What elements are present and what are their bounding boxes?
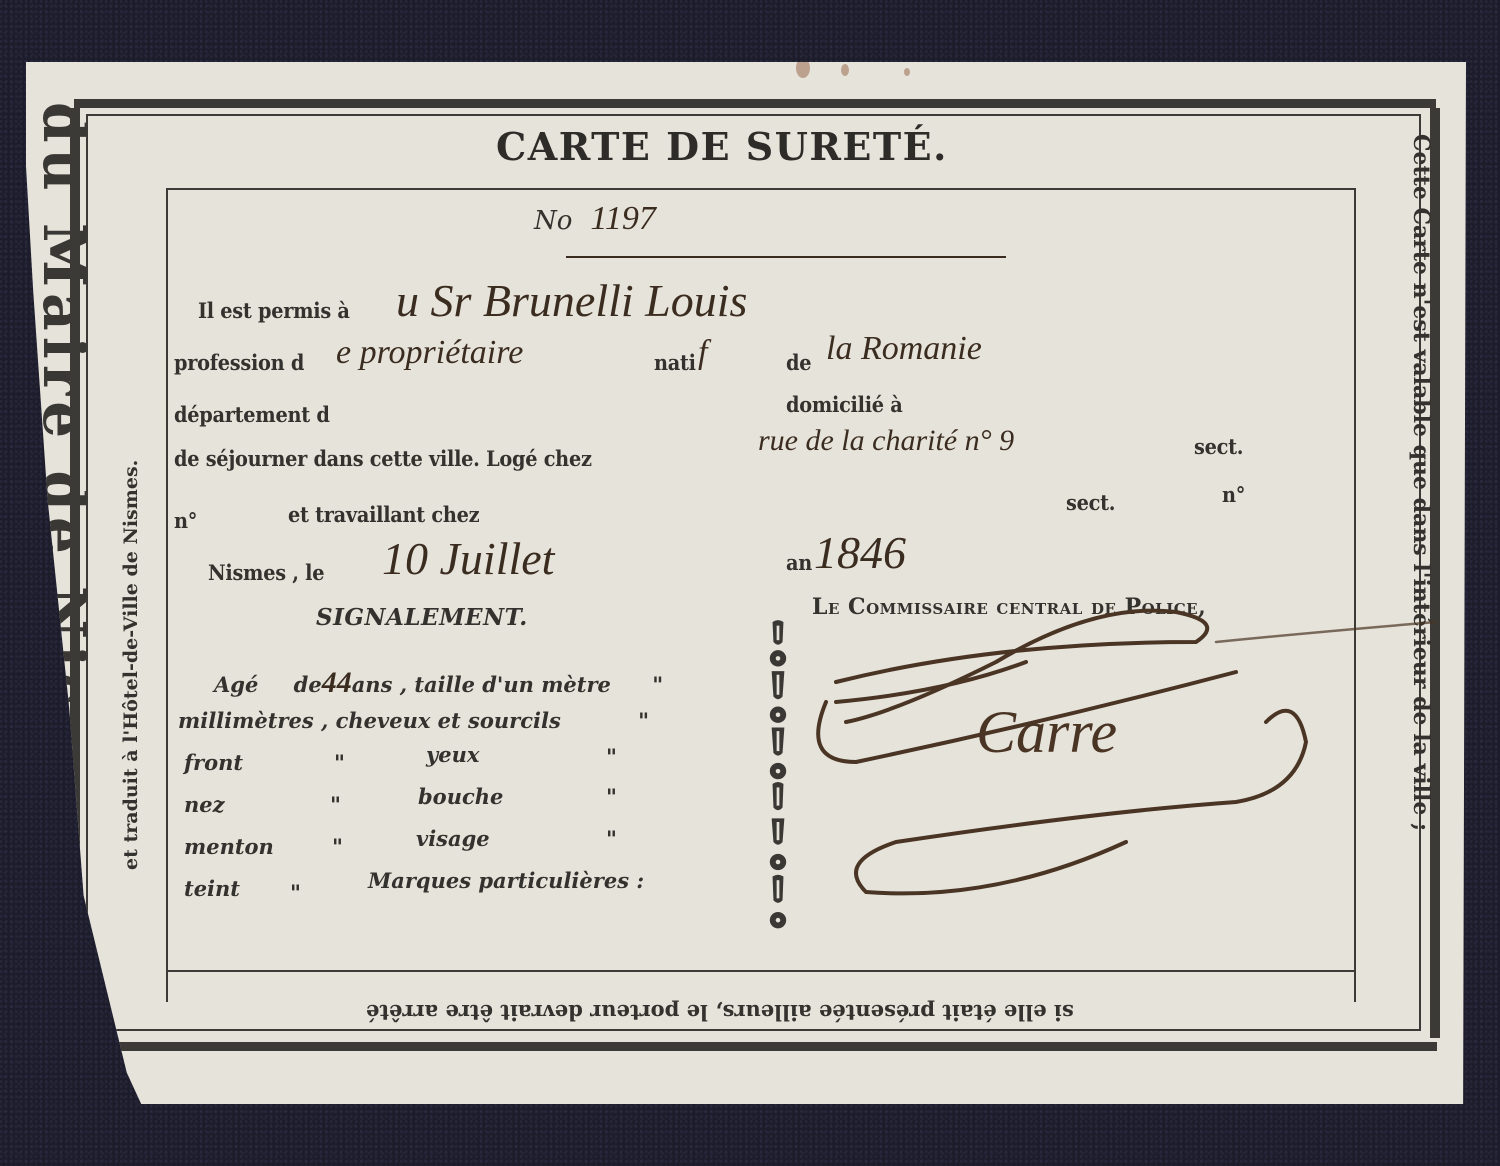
date-value: 10 Juillet [382,532,554,585]
age-de: de [294,672,322,697]
age-label: Agé [214,672,258,697]
natif-label: nati [654,350,696,375]
signature-flourish-icon: Carre [796,602,1456,902]
signature-value: Carre [976,699,1117,765]
no-label-1: n° [174,508,197,533]
loge-value: rue de la charité n° 9 [758,424,1014,458]
age-suffix: ans , taille d'un mètre [352,672,611,697]
profession-label: profession d [174,350,304,375]
profession-value: e propriétaire [336,334,523,372]
ink-stain [796,58,810,78]
signalement-row-bouche: bouche [418,784,503,809]
frame-border-left [70,108,80,1035]
nez-mark: " [330,792,341,817]
front-mark: " [334,750,345,775]
age-row: Agé de44ans , taille d'un mètre " [214,666,663,700]
carte-de-surete-document: du Maire de Nismes CARTE DE SURETÉ. et t… [26,62,1466,1104]
age-mark: " [652,672,663,697]
frame-border-top [74,99,1436,108]
card-number: No 1197 [534,200,656,238]
sect-label-1: sect. [1194,434,1243,459]
signalement-row-marques: Marques particulières : [368,868,644,893]
natif-place-value: la Romanie [826,330,982,368]
no-label-2: n° [1222,482,1245,507]
ink-stain [841,64,849,76]
signalement-row-yeux: yeux [426,742,479,767]
permis-label: Il est permis à [198,298,350,323]
domicilie-label: domicilié à [786,392,902,417]
departement-label: département d [174,402,330,427]
signalement-row-visage: visage [416,826,490,851]
sejourner-label: de séjourner dans cette ville. Logé chez [174,446,592,471]
left-vertical-text: et traduit à l'Hôtel-de-Ville de Nismes. [120,460,142,870]
ornamental-divider-icon [768,602,788,1002]
visage-mark: " [606,826,617,851]
permis-value: u Sr Brunelli Louis [396,274,747,327]
lieu-label: Nismes , le [208,560,324,585]
natif-value: f [698,334,707,372]
signalement-row-teint: teint [184,876,240,901]
frame-border-bottom [102,1042,1437,1051]
menton-mark: " [332,834,343,859]
bouche-mark: " [606,784,617,809]
yeux-mark: " [606,744,617,769]
document-title: CARTE DE SURETÉ. [496,124,948,169]
year-value: 1846 [814,526,906,579]
number-value: 1197 [590,200,655,237]
an-label: an [786,550,812,575]
signalement-row-front: front [184,750,243,775]
signalement-heading: SIGNALEMENT. [316,604,528,631]
sect-label-2: sect. [1066,490,1115,515]
signalement-row-menton: menton [184,834,274,859]
millimetres-label: millimètres , cheveux et sourcils [178,708,561,733]
content-box-bottom-rule [166,970,1356,972]
millimetres-mark: " [638,708,649,733]
teint-mark: " [290,880,301,905]
number-label: No [534,206,572,236]
bottom-upside-down-text: si elle était présentée ailleurs, le por… [366,1000,1074,1025]
millimetres-row: millimètres , cheveux et sourcils " [178,708,649,733]
travaillant-label: et travaillant chez [288,502,479,527]
age-value: 44 [322,666,352,699]
natif-place-label: de [786,350,811,375]
number-underline [566,256,1006,258]
signalement-row-nez: nez [184,792,225,817]
ink-stain [904,68,910,76]
